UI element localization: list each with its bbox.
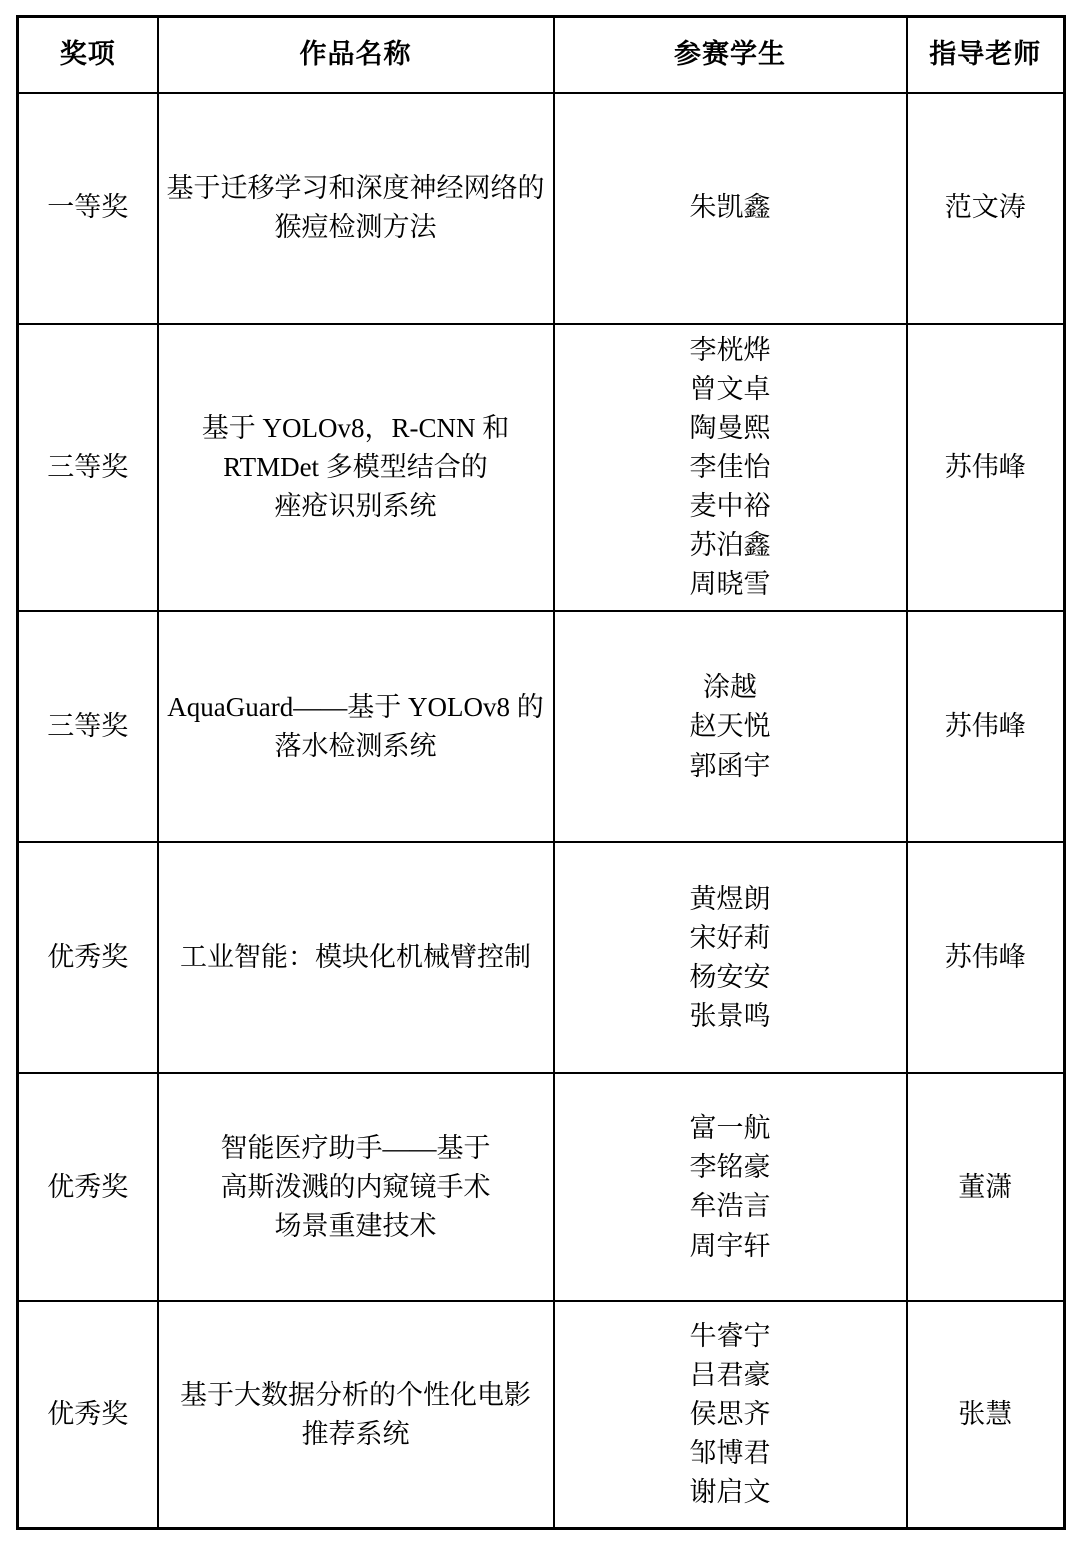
award-cell: 三等奖: [18, 611, 158, 842]
table-row: 优秀奖 工业智能：模块化机械臂控制 黄煜朗 宋好莉 杨安安 张景鸣 苏伟峰: [18, 842, 1065, 1073]
work-name-cell: 基于 YOLOv8，R-CNN 和 RTMDet 多模型结合的 痤疮识别系统: [158, 324, 554, 612]
award-cell: 一等奖: [18, 93, 158, 324]
teacher-cell: 苏伟峰: [907, 611, 1065, 842]
table-row: 一等奖 基于迁移学习和深度神经网络的 猴痘检测方法 朱凯鑫 范文涛: [18, 93, 1065, 324]
teacher-cell: 苏伟峰: [907, 324, 1065, 612]
table-row: 优秀奖 基于大数据分析的个性化电影 推荐系统 牛睿宁 吕君豪 侯思齐 邹博君 谢…: [18, 1301, 1065, 1528]
document-page: 奖项 作品名称 参赛学生 指导老师 一等奖 基于迁移学习和深度神经网络的 猴痘检…: [0, 0, 1080, 1547]
students-cell: 牛睿宁 吕君豪 侯思齐 邹博君 谢启文: [554, 1301, 907, 1528]
work-name-cell: 智能医疗助手——基于 高斯泼溅的内窥镜手术 场景重建技术: [158, 1073, 554, 1301]
awards-table: 奖项 作品名称 参赛学生 指导老师 一等奖 基于迁移学习和深度神经网络的 猴痘检…: [16, 15, 1066, 1530]
table-row: 三等奖 基于 YOLOv8，R-CNN 和 RTMDet 多模型结合的 痤疮识别…: [18, 324, 1065, 612]
students-cell: 朱凯鑫: [554, 93, 907, 324]
teacher-cell: 范文涛: [907, 93, 1065, 324]
table-row: 优秀奖 智能医疗助手——基于 高斯泼溅的内窥镜手术 场景重建技术 富一航 李铭豪…: [18, 1073, 1065, 1301]
students-cell: 黄煜朗 宋好莉 杨安安 张景鸣: [554, 842, 907, 1073]
work-name-cell: 基于大数据分析的个性化电影 推荐系统: [158, 1301, 554, 1528]
award-cell: 优秀奖: [18, 1073, 158, 1301]
award-cell: 三等奖: [18, 324, 158, 612]
teacher-cell: 董潇: [907, 1073, 1065, 1301]
header-award: 奖项: [18, 17, 158, 93]
students-cell: 富一航 李铭豪 牟浩言 周宇轩: [554, 1073, 907, 1301]
header-work-name: 作品名称: [158, 17, 554, 93]
students-cell: 涂越 赵天悦 郭函宇: [554, 611, 907, 842]
students-cell: 李桄烨 曾文卓 陶曼熙 李佳怡 麦中裕 苏泊鑫 周晓雪: [554, 324, 907, 612]
award-cell: 优秀奖: [18, 842, 158, 1073]
award-cell: 优秀奖: [18, 1301, 158, 1528]
teacher-cell: 张慧: [907, 1301, 1065, 1528]
work-name-cell: AquaGuard——基于 YOLOv8 的 落水检测系统: [158, 611, 554, 842]
table-row: 三等奖 AquaGuard——基于 YOLOv8 的 落水检测系统 涂越 赵天悦…: [18, 611, 1065, 842]
work-name-cell: 工业智能：模块化机械臂控制: [158, 842, 554, 1073]
header-students: 参赛学生: [554, 17, 907, 93]
header-teacher: 指导老师: [907, 17, 1065, 93]
work-name-cell: 基于迁移学习和深度神经网络的 猴痘检测方法: [158, 93, 554, 324]
teacher-cell: 苏伟峰: [907, 842, 1065, 1073]
table-header-row: 奖项 作品名称 参赛学生 指导老师: [18, 17, 1065, 93]
